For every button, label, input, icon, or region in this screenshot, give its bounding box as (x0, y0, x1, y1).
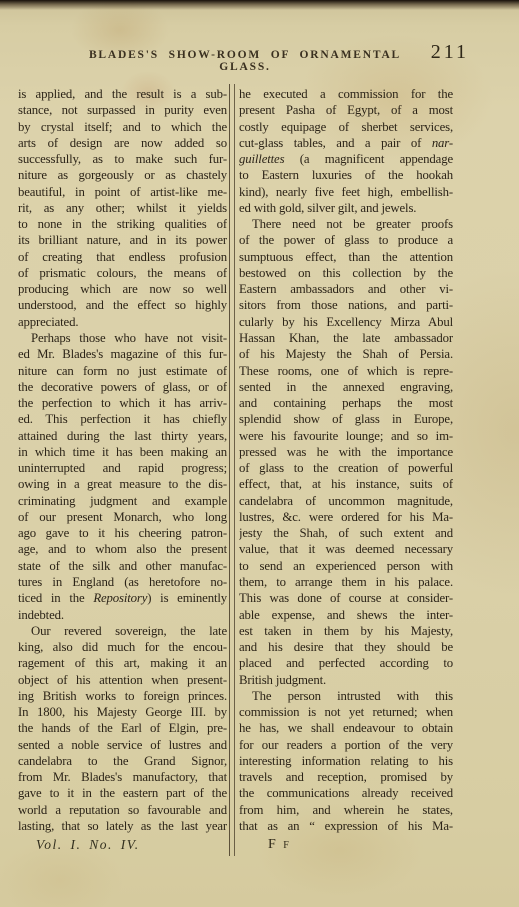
text-line: and his desire that they should be (239, 639, 453, 655)
text-line: state of the silk and other manufac- (18, 558, 227, 574)
left-column: is applied, and the result is a sub-stan… (18, 86, 227, 834)
text-line: These rooms, one of which is repre- (239, 363, 453, 379)
column-divider-rule (229, 84, 235, 856)
text-line: to send an experienced person with (239, 558, 453, 574)
text-line: stance, not surpassed in purity even (18, 102, 227, 118)
text-line: lasting, that so lately as the last year (18, 818, 227, 834)
text-line: travels and reception, promised by (239, 769, 453, 785)
text-line: commission is not yet returned; when (239, 704, 453, 720)
page-number: 211 (431, 41, 469, 64)
text-line: and containing perhaps the most (239, 395, 453, 411)
text-line: the communications already received (239, 785, 453, 801)
text-line: sumptuous effect, than the attention (239, 249, 453, 265)
text-line: were his favourite lounge; and so im- (239, 428, 453, 444)
text-line: owing in a great measure to the dis- (18, 476, 227, 492)
text-line: the perfection to which it has arriv- (18, 395, 227, 411)
text-line: Eastern ambassadors and other vi- (239, 281, 453, 297)
text-line: gave to it in the eastern part of the (18, 785, 227, 801)
text-line: niture as gorgeously or as chastely (18, 167, 227, 183)
right-column: he executed a commission for thepresent … (239, 86, 453, 834)
text-line: effect, that, at his instance, suits of (239, 476, 453, 492)
text-line: age, and to whom also the present (18, 541, 227, 557)
text-line: ago gave to it his cheering patron- (18, 525, 227, 541)
text-line: value, that it was deemed necessary (239, 541, 453, 557)
text-line: of glass to the creation of powerful (239, 460, 453, 476)
text-line: understood, and the effect so highly (18, 297, 227, 313)
text-line: arts of design are now added so (18, 135, 227, 151)
text-line: British judgment. (239, 672, 453, 688)
text-line: candelabra to the Grand Signor, (18, 753, 227, 769)
text-line: of prismatic colours, the means of (18, 265, 227, 281)
text-line: Perhaps those who have not visit- (18, 330, 227, 346)
text-line: that as an “ expression of his Ma- (239, 818, 453, 834)
text-line: them, to arrange them in his palace. (239, 574, 453, 590)
text-line: its brilliant nature, and in its power (18, 232, 227, 248)
text-line: cularly by his Excellency Mirza Abul (239, 314, 453, 330)
text-line: ing British works to foreign princes. (18, 688, 227, 704)
running-head-title: BLADES'S SHOW-ROOM OF ORNAMENTAL GLASS. (60, 49, 430, 73)
text-line: pressed was he with the importance (239, 444, 453, 460)
text-line: jesty the Shah, of such extent and (239, 525, 453, 541)
text-line: to Eastern luxuries of the hookah (239, 167, 453, 183)
text-line: splendid show of glass in Europe, (239, 411, 453, 427)
text-line: In 1800, his Majesty George III. by (18, 704, 227, 720)
text-line: object of his attention when present- (18, 672, 227, 688)
text-line: The person intrusted with this (239, 688, 453, 704)
text-line: bestowed on this collection by the (239, 265, 453, 281)
text-line: to none in the striking qualities of (18, 216, 227, 232)
text-line: sented a noble service of lustres and (18, 737, 227, 753)
text-line: costly equipage of sherbet services, (239, 119, 453, 135)
gathering-signature: F f (268, 837, 291, 853)
text-line: interesting information relating to his (239, 753, 453, 769)
text-line: world a reputation so favourable and (18, 802, 227, 818)
text-line: ragement of this art, making it an (18, 655, 227, 671)
text-line: the hands of the Earl of Elgin, pre- (18, 720, 227, 736)
text-line: Our revered sovereign, the late (18, 623, 227, 639)
text-line: appreciated. (18, 314, 227, 330)
text-line: able expense, and shews the inter- (239, 607, 453, 623)
text-line: by crystal itself; and to which the (18, 119, 227, 135)
text-line: indebted. (18, 607, 227, 623)
text-line: for our readers a portion of the very (239, 737, 453, 753)
text-line: of creating that endless profusion (18, 249, 227, 265)
text-line: ed Mr. Blades's magazine of this fur- (18, 346, 227, 362)
text-line: niture can form no just estimate of (18, 363, 227, 379)
text-line: producing which are now so well (18, 281, 227, 297)
text-line: candelabra of uncommon magnitude, (239, 493, 453, 509)
text-line: from Mr. Blades's manufactory, that (18, 769, 227, 785)
text-line: attained during the last thirty years, (18, 428, 227, 444)
text-line: This was done of course at consider- (239, 590, 453, 606)
text-line: of the power of glass to produce a (239, 232, 453, 248)
text-line: sented in the annexed engraving, (239, 379, 453, 395)
text-line: ticed in the Repository) is eminently (18, 590, 227, 606)
volume-signature: Vol. I. No. IV. (36, 837, 140, 853)
text-line: from him, and wherein he states, (239, 802, 453, 818)
text-line: king, also did much for the encou- (18, 639, 227, 655)
text-line: placed and perfected according to (239, 655, 453, 671)
text-line: successfully, as to make such fur- (18, 151, 227, 167)
text-line: ed. This perfection it has chiefly (18, 411, 227, 427)
text-line: Hassan Khan, the late ambassador (239, 330, 453, 346)
text-line: cut-glass tables, and a pair of nar- (239, 135, 453, 151)
text-line: guillettes (a magnificent appendage (239, 151, 453, 167)
text-line: in which time it has been making an (18, 444, 227, 460)
text-line: sitors from those nations, and parti- (239, 297, 453, 313)
text-line: he executed a commission for the (239, 86, 453, 102)
text-line: of his Majesty the Shah of Persia. (239, 346, 453, 362)
text-line: of our present Monarch, who long (18, 509, 227, 525)
text-line: rit, as any other; whilst it yields (18, 200, 227, 216)
text-line: uninterrupted and rapid progress; (18, 460, 227, 476)
text-line: criminating judgment and example (18, 493, 227, 509)
text-line: he has, we shall endeavour to obtain (239, 720, 453, 736)
scanned-book-page: BLADES'S SHOW-ROOM OF ORNAMENTAL GLASS. … (0, 0, 519, 907)
text-line: ed with gold, silver gilt, and jewels. (239, 200, 453, 216)
text-line: kind), nearly five feet high, embellish- (239, 184, 453, 200)
text-line: present Pasha of Egypt, of a most (239, 102, 453, 118)
scan-edge-top (0, 0, 519, 10)
text-line: beautiful, in point of artist-like me- (18, 184, 227, 200)
text-line: the decorative powers of glass, or of (18, 379, 227, 395)
text-line: tures in England (as heretofore no- (18, 574, 227, 590)
text-line: is applied, and the result is a sub- (18, 86, 227, 102)
text-line: est taken in them by his Majesty, (239, 623, 453, 639)
text-line: lustres, &c. were ordered for his Ma- (239, 509, 453, 525)
text-line: There need not be greater proofs (239, 216, 453, 232)
